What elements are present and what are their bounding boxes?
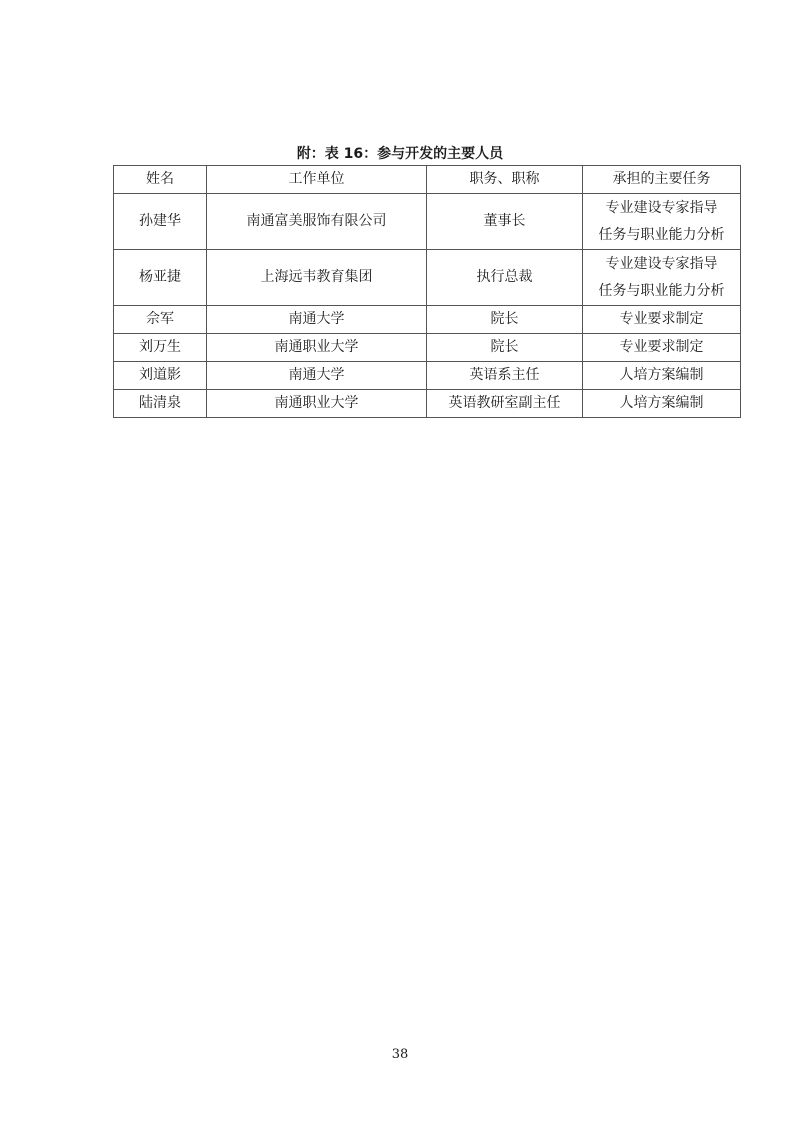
cell-organization: 南通职业大学 [207,334,427,362]
table-row: 陆清泉 南通职业大学 英语教研室副主任 人培方案编制 [114,390,741,418]
cell-name: 刘道影 [114,362,207,390]
document-page: 附：表 16：参与开发的主要人员 姓名 工作单位 职务、职称 承担的主要任务 孙… [0,0,800,1131]
table-row: 佘军 南通大学 院长 专业要求制定 [114,306,741,334]
cell-name: 佘军 [114,306,207,334]
cell-name: 陆清泉 [114,390,207,418]
cell-name: 刘万生 [114,334,207,362]
cell-task: 专业要求制定 [583,306,741,334]
cell-position: 英语系主任 [427,362,583,390]
table-title: 附：表 16：参与开发的主要人员 [0,145,800,163]
cell-organization: 上海远韦教育集团 [207,250,427,306]
header-organization: 工作单位 [207,166,427,194]
cell-position: 英语教研室副主任 [427,390,583,418]
task-line: 专业建设专家指导 [585,195,738,222]
cell-organization: 南通富美服饰有限公司 [207,194,427,250]
cell-task: 专业要求制定 [583,334,741,362]
cell-name: 杨亚捷 [114,250,207,306]
cell-name: 孙建华 [114,194,207,250]
header-name: 姓名 [114,166,207,194]
cell-organization: 南通职业大学 [207,390,427,418]
cell-position: 院长 [427,334,583,362]
cell-task: 人培方案编制 [583,390,741,418]
task-line: 任务与职业能力分析 [585,278,738,305]
header-task: 承担的主要任务 [583,166,741,194]
cell-task: 人培方案编制 [583,362,741,390]
cell-position: 院长 [427,306,583,334]
development-staff-table: 姓名 工作单位 职务、职称 承担的主要任务 孙建华 南通富美服饰有限公司 董事长… [113,165,741,418]
header-position: 职务、职称 [427,166,583,194]
table-header-row: 姓名 工作单位 职务、职称 承担的主要任务 [114,166,741,194]
table-row: 杨亚捷 上海远韦教育集团 执行总裁 专业建设专家指导 任务与职业能力分析 [114,250,741,306]
task-line: 任务与职业能力分析 [585,222,738,249]
cell-organization: 南通大学 [207,306,427,334]
table-row: 刘道影 南通大学 英语系主任 人培方案编制 [114,362,741,390]
table-row: 刘万生 南通职业大学 院长 专业要求制定 [114,334,741,362]
task-line: 专业建设专家指导 [585,251,738,278]
page-number: 38 [0,1046,800,1064]
table-row: 孙建华 南通富美服饰有限公司 董事长 专业建设专家指导 任务与职业能力分析 [114,194,741,250]
cell-position: 董事长 [427,194,583,250]
cell-organization: 南通大学 [207,362,427,390]
cell-position: 执行总裁 [427,250,583,306]
cell-task: 专业建设专家指导 任务与职业能力分析 [583,250,741,306]
cell-task: 专业建设专家指导 任务与职业能力分析 [583,194,741,250]
